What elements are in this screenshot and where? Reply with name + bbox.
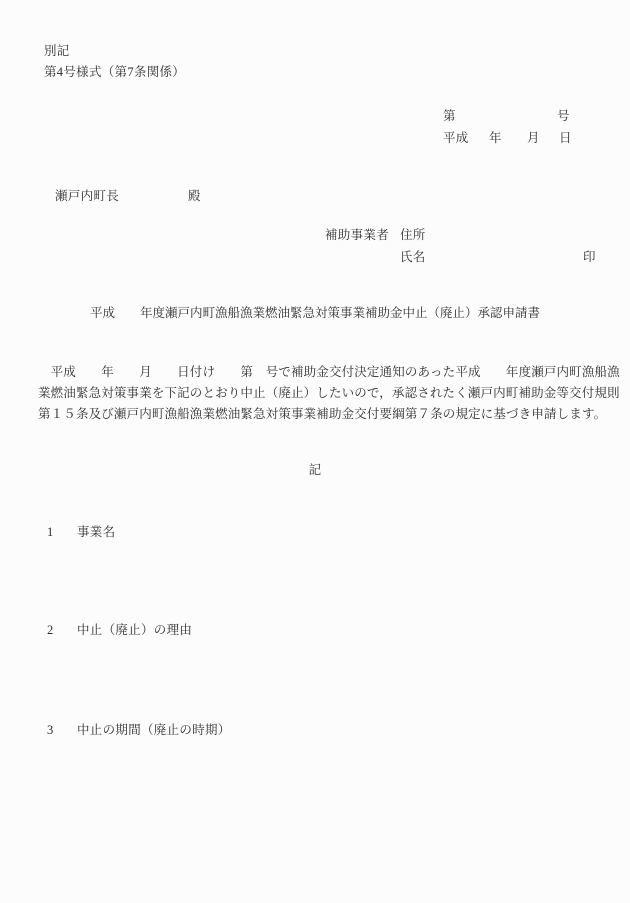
item-2-number: 2 (47, 623, 54, 638)
body-paragraph-line-1: 平成 年 月 日付け 第 号で補助金交付決定通知のあった平成 年度瀬戸内町漁船漁 (38, 365, 620, 380)
date-year-label: 年 (489, 131, 502, 146)
document-page: 別記 第4号様式（第7条関係） 第 号 平成 年 月 日 瀬戸内町長 殿 補助事… (0, 0, 630, 903)
applicant-address-label: 住所 (400, 228, 426, 243)
body-paragraph-line-3: 第１５条及び瀬戸内町漁船漁業燃油緊急対策事業補助金交付要綱第７条の規定に基づき申… (38, 407, 606, 422)
document-title: 平成 年度瀬戸内町漁船漁業燃油緊急対策事業補助金中止（廃止）承認申請書 (0, 306, 630, 321)
applicant-name-label: 氏名 (400, 250, 426, 265)
item-3-label: 中止の期間（廃止の時期） (77, 723, 231, 738)
date-era-label: 平成 (443, 131, 469, 146)
applicant-label: 補助事業者 (325, 228, 389, 243)
doc-number-prefix: 第 (443, 109, 456, 124)
form-note: 別記 (44, 44, 70, 59)
addressee-title: 瀬戸内町長 (55, 189, 119, 204)
addressee-honorific: 殿 (188, 189, 201, 204)
doc-number-suffix: 号 (557, 109, 570, 124)
record-marker: 記 (0, 463, 630, 478)
form-number: 第4号様式（第7条関係） (44, 65, 185, 80)
date-day-label: 日 (559, 131, 572, 146)
body-paragraph-line-2: 業燃油緊急対策事業を下記のとおり中止（廃止）したいので，承認されたく瀬戸内町補助… (38, 386, 620, 401)
item-2-label: 中止（廃止）の理由 (77, 623, 192, 638)
item-1-label: 事業名 (77, 525, 115, 540)
applicant-seal-label: 印 (583, 250, 596, 265)
date-month-label: 月 (527, 131, 540, 146)
item-3-number: 3 (47, 723, 54, 738)
item-1-number: 1 (47, 525, 54, 540)
